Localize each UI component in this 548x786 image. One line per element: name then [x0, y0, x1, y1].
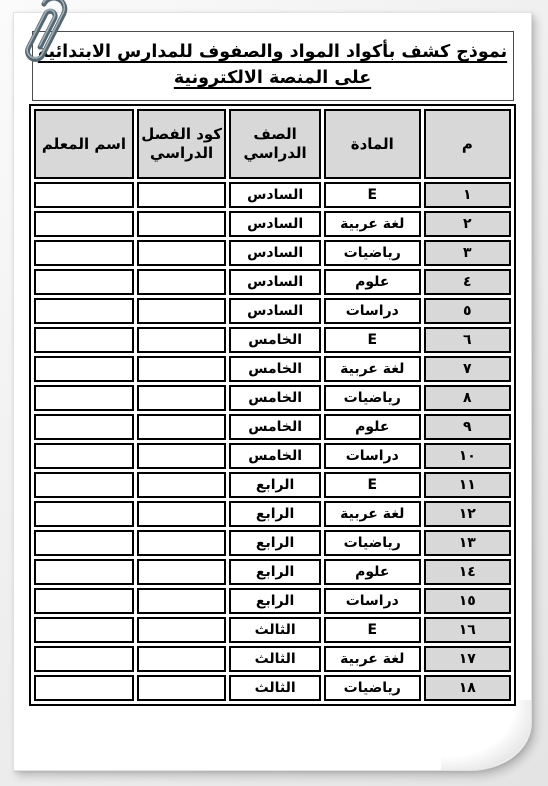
subject-cell: E: [324, 327, 421, 353]
subject-cell: E: [324, 617, 421, 643]
table-row: ٥دراساتالسادس: [34, 298, 511, 324]
subject-cell: رياضيات: [324, 530, 421, 556]
table-header: م المادة الصف الدراسي كود الفصل الدراسي …: [34, 109, 511, 179]
teacher-name-cell: [34, 385, 134, 411]
subject-cell: علوم: [324, 269, 421, 295]
table-row: ١٧لغة عربيةالثالث: [34, 646, 511, 672]
grade-cell: الرابع: [229, 501, 321, 527]
teacher-name-cell: [34, 414, 134, 440]
row-number-cell: ١٧: [424, 646, 511, 672]
row-number-cell: ٧: [424, 356, 511, 382]
row-number-cell: ١٤: [424, 559, 511, 585]
teacher-name-cell: [34, 327, 134, 353]
row-number-cell: ١٨: [424, 675, 511, 701]
class-code-cell: [137, 356, 226, 382]
teacher-name-cell: [34, 269, 134, 295]
subject-cell: رياضيات: [324, 240, 421, 266]
class-code-cell: [137, 559, 226, 585]
teacher-name-cell: [34, 530, 134, 556]
teacher-name-cell: [34, 559, 134, 585]
table-row: ٣رياضياتالسادس: [34, 240, 511, 266]
subject-cell: لغة عربية: [324, 211, 421, 237]
teacher-name-cell: [34, 356, 134, 382]
row-number-cell: ٨: [424, 385, 511, 411]
document-title-line-2: على المنصة الالكترونية: [37, 65, 509, 91]
class-code-cell: [137, 530, 226, 556]
title-box: نموذج كشف بأكواد المواد والصفوف للمدارس …: [32, 31, 514, 101]
row-number-cell: ١٦: [424, 617, 511, 643]
grade-cell: الرابع: [229, 559, 321, 585]
class-code-cell: [137, 472, 226, 498]
class-code-cell: [137, 298, 226, 324]
table-row: ١٤علومالرابع: [34, 559, 511, 585]
class-code-cell: [137, 646, 226, 672]
row-number-cell: ١٣: [424, 530, 511, 556]
row-number-cell: ٥: [424, 298, 511, 324]
grade-cell: السادس: [229, 182, 321, 208]
subject-cell: دراسات: [324, 298, 421, 324]
grade-cell: السادس: [229, 240, 321, 266]
teacher-name-cell: [34, 588, 134, 614]
scanned-document: نموذج كشف بأكواد المواد والصفوف للمدارس …: [0, 0, 548, 786]
class-code-cell: [137, 617, 226, 643]
table-row: ٤علومالسادس: [34, 269, 511, 295]
subject-cell: لغة عربية: [324, 501, 421, 527]
table-row: ١٦Eالثالث: [34, 617, 511, 643]
grade-cell: الثالث: [229, 617, 321, 643]
grade-cell: الرابع: [229, 588, 321, 614]
class-code-cell: [137, 240, 226, 266]
teacher-name-cell: [34, 298, 134, 324]
class-code-cell: [137, 327, 226, 353]
grade-cell: الرابع: [229, 472, 321, 498]
table-row: ١٣رياضياتالرابع: [34, 530, 511, 556]
subject-cell: دراسات: [324, 588, 421, 614]
row-number-cell: ١٠: [424, 443, 511, 469]
row-number-cell: ١: [424, 182, 511, 208]
header-num: م: [424, 109, 511, 179]
class-code-cell: [137, 211, 226, 237]
row-number-cell: ٦: [424, 327, 511, 353]
subject-cell: E: [324, 472, 421, 498]
table-row: ١٢لغة عربيةالرابع: [34, 501, 511, 527]
header-class-code: كود الفصل الدراسي: [137, 109, 226, 179]
subject-cell: لغة عربية: [324, 356, 421, 382]
grade-cell: الخامس: [229, 443, 321, 469]
grade-cell: الخامس: [229, 327, 321, 353]
subject-cell: علوم: [324, 559, 421, 585]
header-row: م المادة الصف الدراسي كود الفصل الدراسي …: [34, 109, 511, 179]
document-title-line-1: نموذج كشف بأكواد المواد والصفوف للمدارس …: [37, 39, 509, 65]
teacher-name-cell: [34, 443, 134, 469]
grade-cell: الثالث: [229, 646, 321, 672]
subject-cell: لغة عربية: [324, 646, 421, 672]
header-grade: الصف الدراسي: [229, 109, 321, 179]
table-row: ١٠دراساتالخامس: [34, 443, 511, 469]
row-number-cell: ٤: [424, 269, 511, 295]
subject-cell: علوم: [324, 414, 421, 440]
subject-cell: رياضيات: [324, 385, 421, 411]
header-teacher-name: اسم المعلم: [34, 109, 134, 179]
class-code-cell: [137, 588, 226, 614]
teacher-name-cell: [34, 646, 134, 672]
teacher-name-cell: [34, 240, 134, 266]
grade-cell: الثالث: [229, 675, 321, 701]
class-code-cell: [137, 182, 226, 208]
row-number-cell: ١٥: [424, 588, 511, 614]
class-code-cell: [137, 675, 226, 701]
row-number-cell: ١٢: [424, 501, 511, 527]
teacher-name-cell: [34, 211, 134, 237]
grade-cell: الرابع: [229, 530, 321, 556]
grade-cell: السادس: [229, 298, 321, 324]
class-code-cell: [137, 385, 226, 411]
table-row: ١١Eالرابع: [34, 472, 511, 498]
table-row: ١Eالسادس: [34, 182, 511, 208]
class-code-cell: [137, 269, 226, 295]
header-subject: المادة: [324, 109, 421, 179]
grade-cell: السادس: [229, 211, 321, 237]
table-row: ٨رياضياتالخامس: [34, 385, 511, 411]
subject-cell: دراسات: [324, 443, 421, 469]
table-body: ١Eالسادس٢لغة عربيةالسادس٣رياضياتالسادس٤ع…: [34, 182, 511, 701]
row-number-cell: ٣: [424, 240, 511, 266]
class-code-cell: [137, 414, 226, 440]
row-number-cell: ١١: [424, 472, 511, 498]
teacher-name-cell: [34, 501, 134, 527]
subject-cell: رياضيات: [324, 675, 421, 701]
table-row: ٧لغة عربيةالخامس: [34, 356, 511, 382]
class-code-cell: [137, 501, 226, 527]
teacher-name-cell: [34, 617, 134, 643]
teacher-name-cell: [34, 675, 134, 701]
paper-sheet: نموذج كشف بأكواد المواد والصفوف للمدارس …: [13, 12, 532, 771]
paperclip-icon: [2, 0, 92, 84]
teacher-name-cell: [34, 472, 134, 498]
table-row: ٩علومالخامس: [34, 414, 511, 440]
subject-codes-table: م المادة الصف الدراسي كود الفصل الدراسي …: [29, 104, 516, 706]
table-row: ١٨رياضياتالثالث: [34, 675, 511, 701]
table-row: ٦Eالخامس: [34, 327, 511, 353]
row-number-cell: ٩: [424, 414, 511, 440]
row-number-cell: ٢: [424, 211, 511, 237]
table-row: ٢لغة عربيةالسادس: [34, 211, 511, 237]
teacher-name-cell: [34, 182, 134, 208]
subject-cell: E: [324, 182, 421, 208]
grade-cell: الخامس: [229, 356, 321, 382]
grade-cell: الخامس: [229, 385, 321, 411]
class-code-cell: [137, 443, 226, 469]
table-row: ١٥دراساتالرابع: [34, 588, 511, 614]
grade-cell: السادس: [229, 269, 321, 295]
grade-cell: الخامس: [229, 414, 321, 440]
